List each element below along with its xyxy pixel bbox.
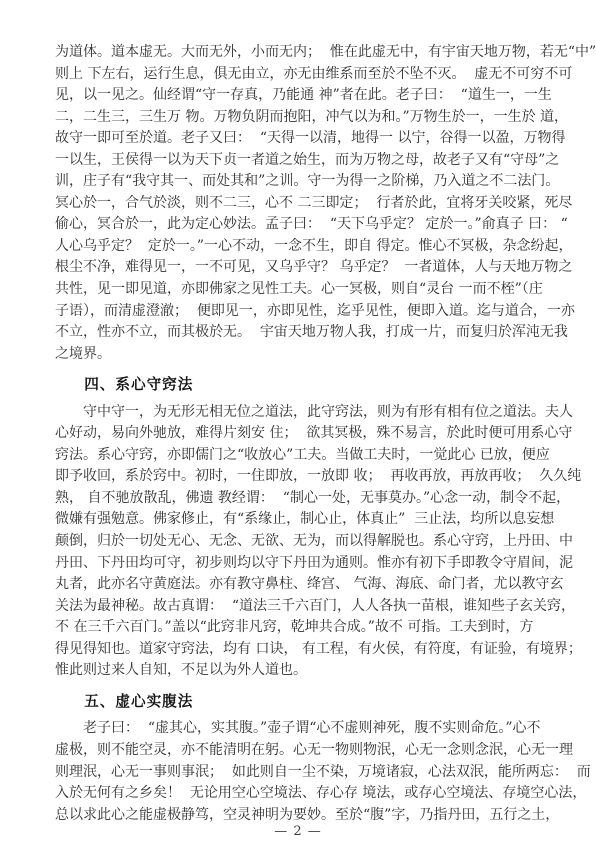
text-line: 则理泯，心无一事则事泯； 如此则自一尘不染，万境诸寂，心法双泯，能所两忘： 而: [55, 762, 547, 784]
section-heading-4: 四、系心守窍法: [55, 374, 547, 396]
text-line: 共性，见一即见道，亦即佛家之见性工夫。心一冥极，则自“灵台 一而不桎”（庄: [55, 279, 547, 301]
text-line: 丸者，此亦名守黄庭法。亦有教守鼻柱、绛宫、 气海、海底、命门者，尤以教守玄: [55, 574, 547, 596]
text-line: 老子曰： “虚其心，实其腹。”壶子谓“心不虚则神死，腹不实则命危。”心不: [55, 718, 547, 740]
paragraph: 为道体。道本虚无。大而无外，小而无内； 惟在此虚无中，有宇宙天地万物，若无“中”…: [55, 42, 547, 365]
text-line: 窍法。系心守窍，亦即儒门之“收放心”工夫。当做工夫时，一觉此心 已放，便应: [55, 445, 547, 467]
text-line: 不立，性亦不立，而其极於无。 宇宙天地万物人我，打成一片，而复归於浑沌无我: [55, 322, 547, 344]
text-line: 偷心，冥合於一，此为定心妙法。孟子曰： “天下乌乎定？ 定於一。”俞真子 曰： …: [55, 214, 547, 236]
text-line: 故守一即可至於道。老子又曰： “天得一以清，地得一 以宁，谷得一以盈，万物得: [55, 128, 547, 150]
text-line: 为道体。道本虚无。大而无外，小而无内； 惟在此虚无中，有宇宙天地万物，若无“中”: [55, 42, 547, 64]
text-line: 二，二生三，三生万 物。万物负阴而抱阳，冲气以为和。”万物生於一，一生於 道，: [55, 107, 547, 129]
text-line: 训，庄子有“我守其一、而处其和”之训。守一为得一之阶梯，乃入道之不二法门。: [55, 171, 547, 193]
text-line: 惟此则过来人自知，不足以为外人道也。: [55, 660, 547, 682]
text-line: 微嫌有强勉意。佛家修止，有“系缘止，制心止，体真止” 三止法，均所以息妄想: [55, 509, 547, 531]
text-line: 颠倒，归於一切处无心、无念、无欲、无为，而以得解脱也。系心守窍，上丹田、中: [55, 531, 547, 553]
text-line: 总以求此心之能虚极静笃，空灵神明为要妙。至於“腹”字，乃指丹田，五行之土，: [55, 805, 547, 827]
text-line: 冥心於一，合气於淡，则不二三，心不 二三即定； 行者於此，宜将牙关咬紧，死尽: [55, 193, 547, 215]
page-number: — 2 —: [0, 824, 596, 839]
text-line: 不 在三千六百门。”盖以“此窍非凡窍，乾坤共合成。”故不 可指。工夫到时，方: [55, 617, 547, 639]
section-heading-5: 五、虚心实腹法: [55, 691, 547, 713]
text-line: 丹田、下丹田均可守，初步则均以守下丹田为通则。惟亦有初下手即教令守眉间，泥: [55, 553, 547, 575]
page-body: 为道体。道本虚无。大而无外，小而无内； 惟在此虚无中，有宇宙天地万物，若无“中”…: [55, 42, 547, 826]
text-line: 一以生，王侯得一以为天下贞一者道之始生，而为万物之母，故老子又有“守母”之: [55, 150, 547, 172]
text-line: 入於无何有之乡矣！ 无论用空心空境法、存心存 境法，或存心空境法、存境空心法，: [55, 783, 547, 805]
text-line: 子语），而清虚澄澈； 便即见一，亦即见性，迄乎见性，便即入道。迄与道合，一亦: [55, 301, 547, 323]
paragraph: 老子曰： “虚其心，实其腹。”壶子谓“心不虚则神死，腹不实则命危。”心不 虚极，…: [55, 718, 547, 826]
text-line: 则上 下左右，运行生息，俱无由立，亦无由维系而至於不坠不灭。 虚无不可穷不可: [55, 64, 547, 86]
paragraph: 守中守一，为无形无相无位之道法，此守窍法，则为有形有相有位之道法。夫人 心好动，…: [55, 402, 547, 682]
text-line: 守中守一，为无形无相无位之道法，此守窍法，则为有形有相有位之道法。夫人: [55, 402, 547, 424]
text-line: 人心乌乎定？ 定於一。”一心不动，一念不生，即自 得定。惟心不冥极，杂念纷起，: [55, 236, 547, 258]
text-line: 即予收回，系於窍中。初时，一住即放，一放即 收； 再收再放，再放再收； 久久纯: [55, 466, 547, 488]
text-line: 得见得知也。道家守窍法，均有 口诀， 有工程，有火侯，有符度，有证验，有境界；: [55, 639, 547, 661]
text-line: 心好动，易向外驰放，难得片刻安 住； 欲其冥极，殊不易言，於此时便可用系心守: [55, 423, 547, 445]
text-line: 虚极，则不能空灵，亦不能清明在躬。心无一物则物泯，心无一念则念泯，心无一理: [55, 740, 547, 762]
text-line: 根尘不净，难得见一，一不可见，又乌乎守？ 乌乎定？ 一者道体，人与天地万物之: [55, 257, 547, 279]
text-line: 关法为最神秘。故古真谓： “道法三千六百门，人人各执一苗根，谁知些子玄关窍，: [55, 596, 547, 618]
document-page: 为道体。道本虚无。大而无外，小而无内； 惟在此虚无中，有宇宙天地万物，若无“中”…: [0, 0, 596, 860]
text-line: 之境界。: [55, 344, 547, 366]
text-line: 熟， 自不驰放散乱，佛遗 教经谓： “制心一处，无事莫办。”心念一动，制令不起，: [55, 488, 547, 510]
text-line: 见，以一见之。仙经谓“守一存真，乃能通 神”者在此。老子曰： “道生一，一生: [55, 85, 547, 107]
